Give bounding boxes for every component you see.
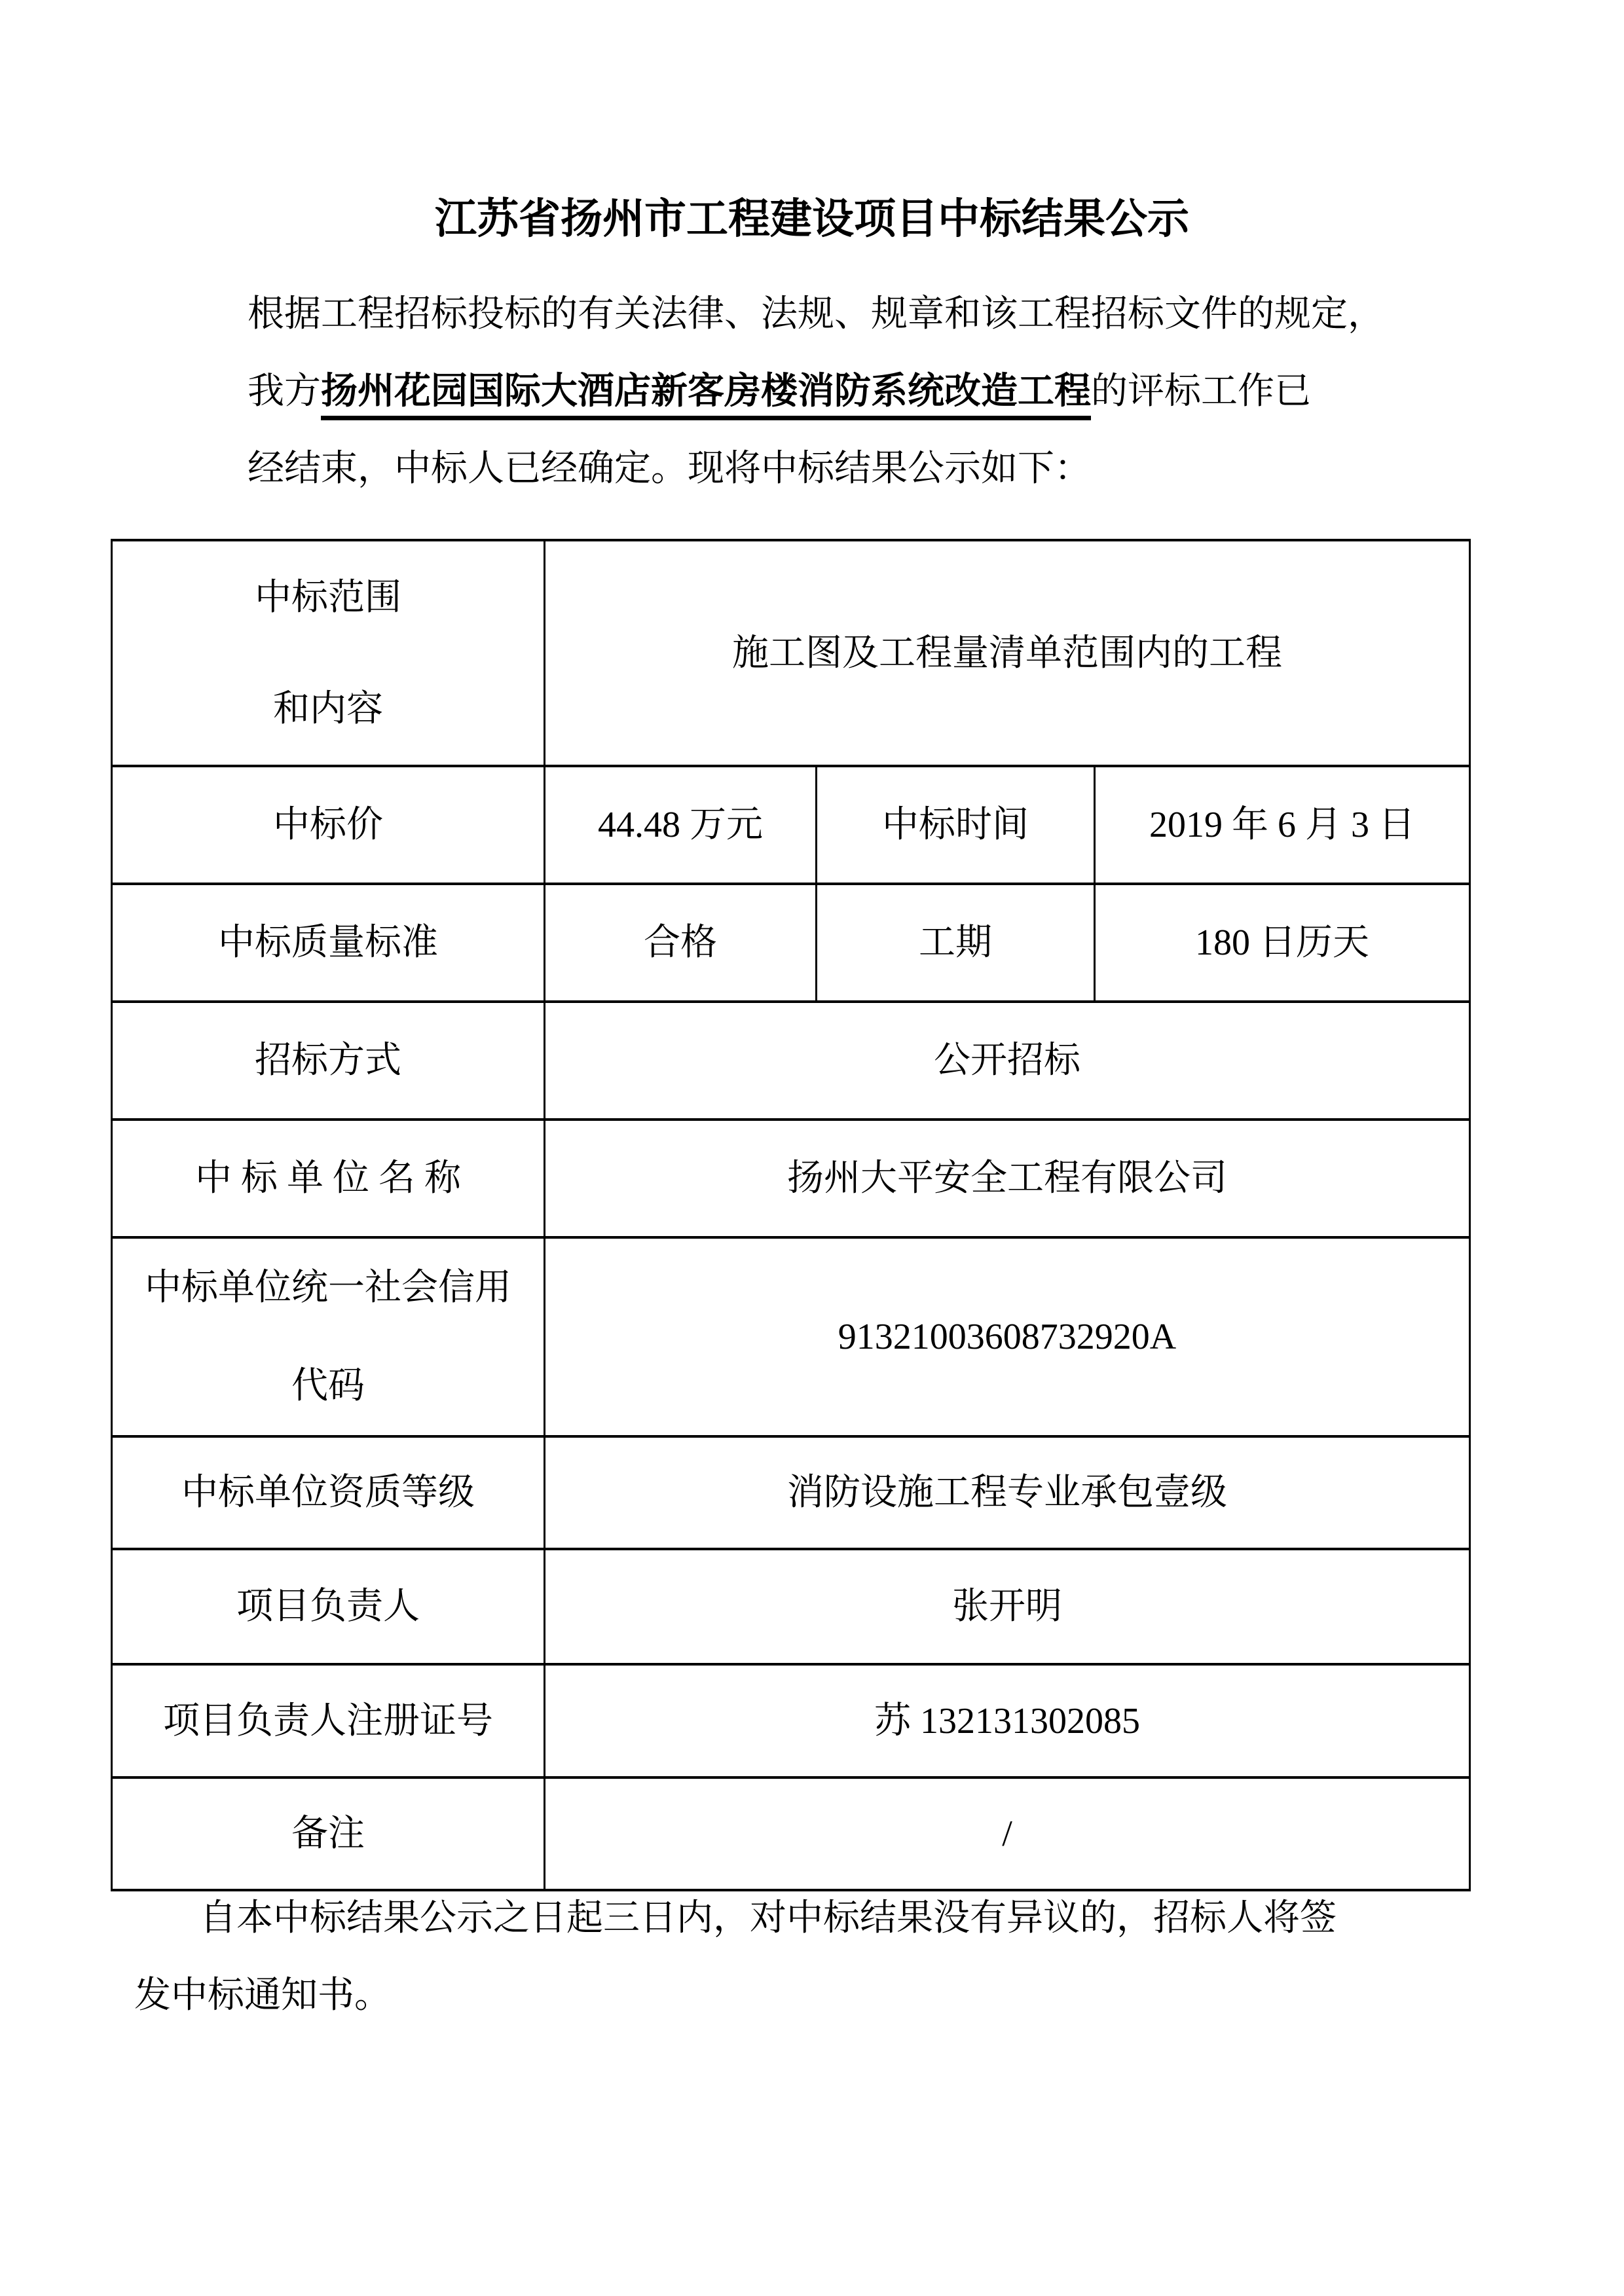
cell-value-bid-price: 44.48 万元 xyxy=(545,766,817,884)
cell-label-manager-cert: 项目负责人注册证号 xyxy=(112,1664,545,1777)
cell-value-credit-code: 91321003608732920A xyxy=(545,1237,1470,1436)
intro-line-1: 根据工程招标投标的有关法律、法规、规章和该工程招标文件的规定， xyxy=(248,276,1400,353)
cell-value-duration: 180 日历天 xyxy=(1095,884,1470,1002)
cell-value-manager: 张开明 xyxy=(545,1549,1470,1664)
intro-paragraph: 根据工程招标投标的有关法律、法规、规章和该工程招标文件的规定， 我方扬州花园国际… xyxy=(248,276,1400,507)
cell-label-bid-time: 中标时间 xyxy=(817,766,1095,884)
cell-label-quality: 中标质量标准 xyxy=(112,884,545,1002)
cell-label-credit-code: 中标单位统一社会信用 代码 xyxy=(112,1237,545,1436)
cell-label-bid-scope: 中标范围 和内容 xyxy=(112,540,545,766)
cell-value-quality: 合格 xyxy=(545,884,817,1002)
credit-code-label-line1: 中标单位统一社会信用 xyxy=(113,1239,544,1337)
cell-label-duration: 工期 xyxy=(817,884,1095,1002)
table-row-quality: 中标质量标准 合格 工期 180 日历天 xyxy=(112,884,1470,1002)
project-name: 扬州花园国际大酒店新客房楼消防系统改造工程 xyxy=(321,371,1091,420)
cell-label-remarks: 备注 xyxy=(112,1777,545,1890)
intro-line-2-prefix: 我方 xyxy=(248,371,321,412)
closing-paragraph: 自本中标结果公示之日起三日内，对中标结果没有异议的，招标人将签 发中标通知书。 xyxy=(134,1880,1392,2034)
table-row-remarks: 备注 / xyxy=(112,1777,1470,1890)
cell-label-manager: 项目负责人 xyxy=(112,1549,545,1664)
credit-code-label-line2: 代码 xyxy=(113,1337,544,1435)
table-row-manager-cert: 项目负责人注册证号 苏 132131302085 xyxy=(112,1664,1470,1777)
cell-label-winner-name: 中 标 单 位 名 称 xyxy=(112,1120,545,1237)
table-row-credit-code: 中标单位统一社会信用 代码 91321003608732920A xyxy=(112,1237,1470,1436)
table-row-manager: 项目负责人 张开明 xyxy=(112,1549,1470,1664)
cell-label-bid-price: 中标价 xyxy=(112,766,545,884)
table-row-method: 招标方式 公开招标 xyxy=(112,1002,1470,1120)
cell-value-remarks: / xyxy=(545,1777,1470,1890)
cell-value-bid-scope: 施工图及工程量清单范围内的工程 xyxy=(545,540,1470,766)
cell-value-qualification: 消防设施工程专业承包壹级 xyxy=(545,1436,1470,1549)
table-row-bid-price: 中标价 44.48 万元 中标时间 2019 年 6 月 3 日 xyxy=(112,766,1470,884)
cell-value-method: 公开招标 xyxy=(545,1002,1470,1120)
intro-line-3: 经结束，中标人已经确定。现将中标结果公示如下： xyxy=(248,430,1400,507)
cell-value-winner-name: 扬州大平安全工程有限公司 xyxy=(545,1120,1470,1237)
cell-label-method: 招标方式 xyxy=(112,1002,545,1120)
document-page: 江苏省扬州市工程建设项目中标结果公示 根据工程招标投标的有关法律、法规、规章和该… xyxy=(0,0,1624,2296)
cell-label-qualification: 中标单位资质等级 xyxy=(112,1436,545,1549)
closing-line-1: 自本中标结果公示之日起三日内，对中标结果没有异议的，招标人将签 xyxy=(134,1880,1392,1957)
table-row-winner-name: 中 标 单 位 名 称 扬州大平安全工程有限公司 xyxy=(112,1120,1470,1237)
cell-value-manager-cert: 苏 132131302085 xyxy=(545,1664,1470,1777)
closing-line-2: 发中标通知书。 xyxy=(134,1957,1392,2034)
bid-scope-label-line1: 中标范围 xyxy=(113,542,544,653)
table-row-qualification: 中标单位资质等级 消防设施工程专业承包壹级 xyxy=(112,1436,1470,1549)
page-title: 江苏省扬州市工程建设项目中标结果公示 xyxy=(0,193,1624,246)
bid-result-table: 中标范围 和内容 施工图及工程量清单范围内的工程 中标价 44.48 万元 中标… xyxy=(111,539,1471,1891)
cell-value-bid-time: 2019 年 6 月 3 日 xyxy=(1095,766,1470,884)
intro-line-2: 我方扬州花园国际大酒店新客房楼消防系统改造工程的评标工作已 xyxy=(248,353,1400,430)
intro-line-2-suffix: 的评标工作已 xyxy=(1091,371,1311,412)
table-row-bid-scope: 中标范围 和内容 施工图及工程量清单范围内的工程 xyxy=(112,540,1470,766)
bid-scope-label-line2: 和内容 xyxy=(113,653,544,765)
